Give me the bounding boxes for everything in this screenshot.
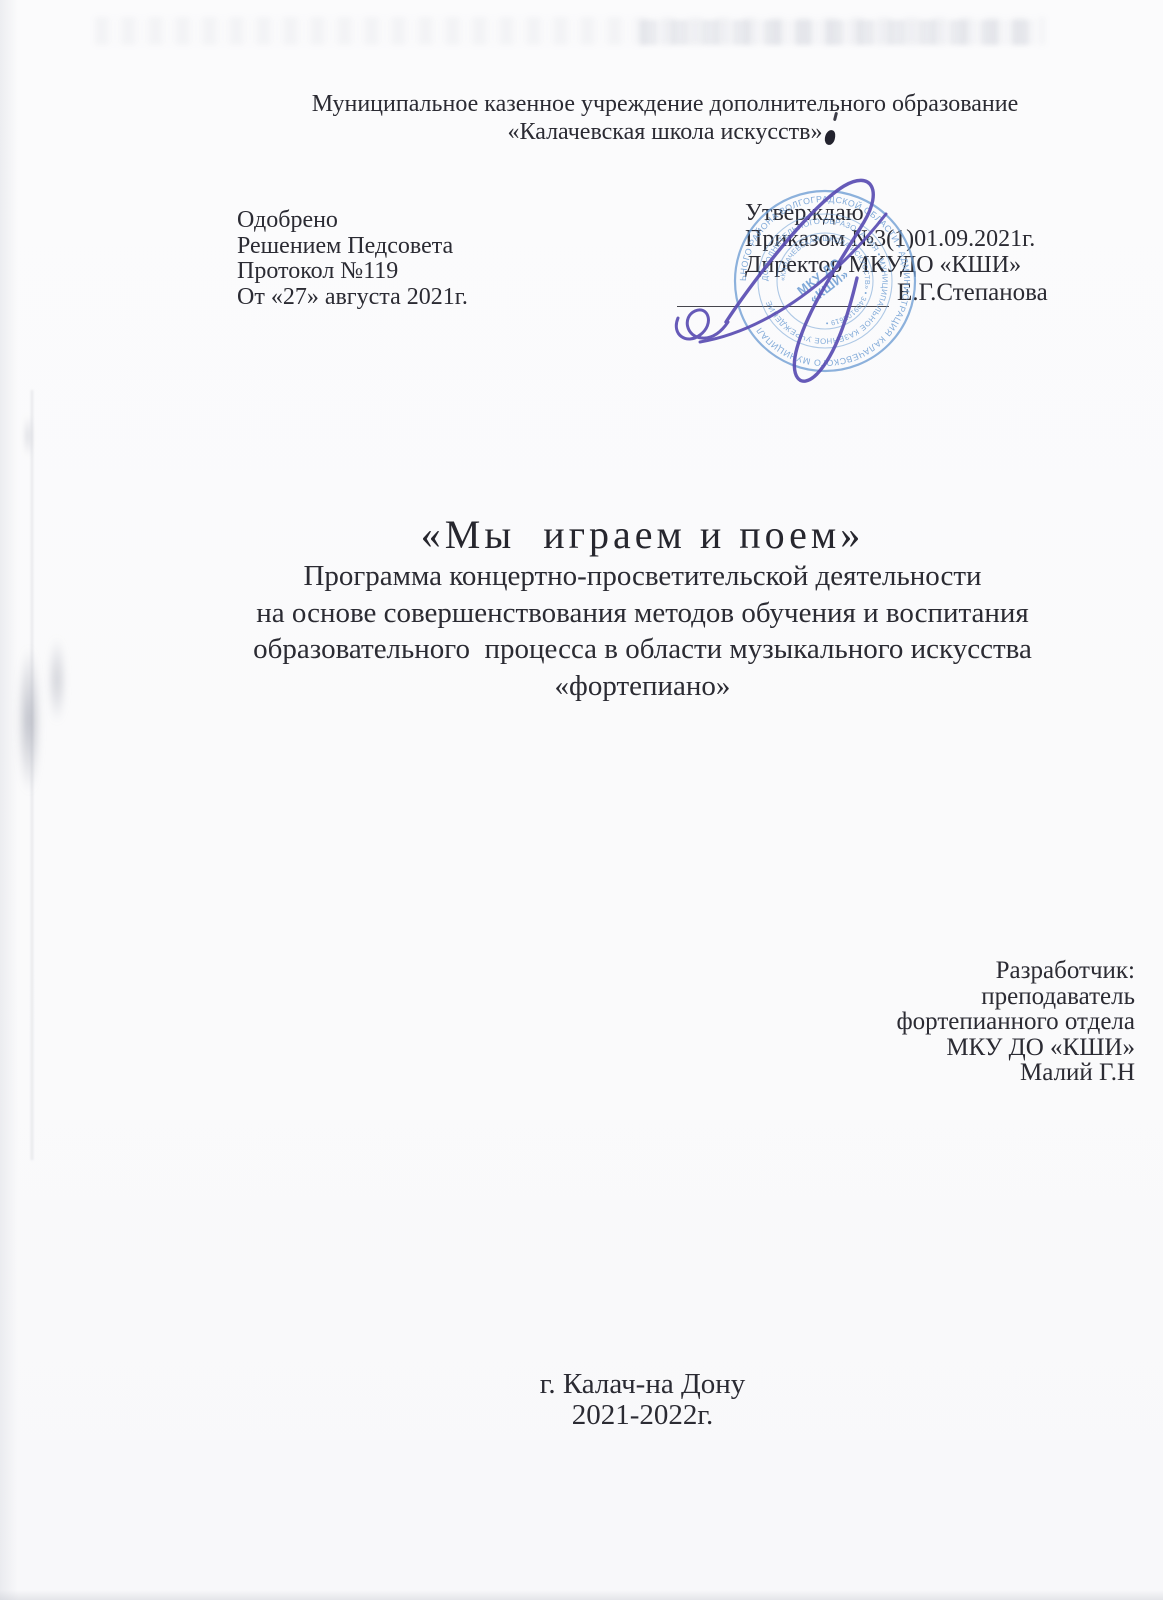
header-line1: Муниципальное казенное учреждение дополн…	[190, 90, 1140, 118]
document-footer: г. Калач-на Дону 2021-2022г.	[237, 1369, 1048, 1431]
developer-line3: фортепианного отдела	[735, 1009, 1135, 1035]
scan-smudge	[24, 414, 32, 458]
scan-smudge	[48, 636, 66, 724]
document-header: Муниципальное казенное учреждение дополн…	[190, 90, 1140, 146]
approved-line3: Протокол №119	[237, 259, 468, 285]
developer-block: Разработчик: преподаватель фортепианного…	[735, 958, 1135, 1086]
developer-line1: Разработчик:	[735, 958, 1135, 984]
scan-edge-shadow-left	[0, 0, 18, 1600]
scan-ghost-band-dense	[640, 20, 1035, 45]
handwritten-signature	[660, 170, 920, 410]
subtitle-line4: «фортепиано»	[237, 668, 1048, 705]
scan-smudge	[17, 645, 41, 795]
approved-block: Одобрено Решением Педсовета Протокол №11…	[237, 208, 468, 310]
footer-years: 2021-2022г.	[237, 1400, 1048, 1431]
approved-line4: От «27» августа 2021г.	[237, 285, 468, 311]
subtitle-line3: образовательного процесса в области музы…	[237, 631, 1048, 668]
scanned-document-page: Муниципальное казенное учреждение дополн…	[0, 0, 1163, 1600]
header-line2: «Калачевская школа искусств»	[190, 118, 1140, 146]
approved-line2: Решением Педсовета	[237, 234, 468, 260]
subtitle-line1: Программа концертно-просветительской дея…	[237, 558, 1048, 595]
developer-line4: МКУ ДО «КШИ»	[735, 1035, 1135, 1061]
approved-line1: Одобрено	[237, 208, 468, 234]
program-title: «Мы играем и поем»	[237, 512, 1048, 558]
subtitle-line2: на основе совершенствования методов обуч…	[237, 595, 1048, 632]
title-block: «Мы играем и поем» Программа концертно-п…	[237, 512, 1048, 704]
footer-city: г. Калач-на Дону	[237, 1369, 1048, 1400]
signature-strokes	[676, 180, 886, 381]
developer-line5: Малий Г.Н	[735, 1060, 1135, 1086]
scan-edge-shadow-bottom	[0, 1590, 1163, 1600]
developer-line2: преподаватель	[735, 984, 1135, 1010]
